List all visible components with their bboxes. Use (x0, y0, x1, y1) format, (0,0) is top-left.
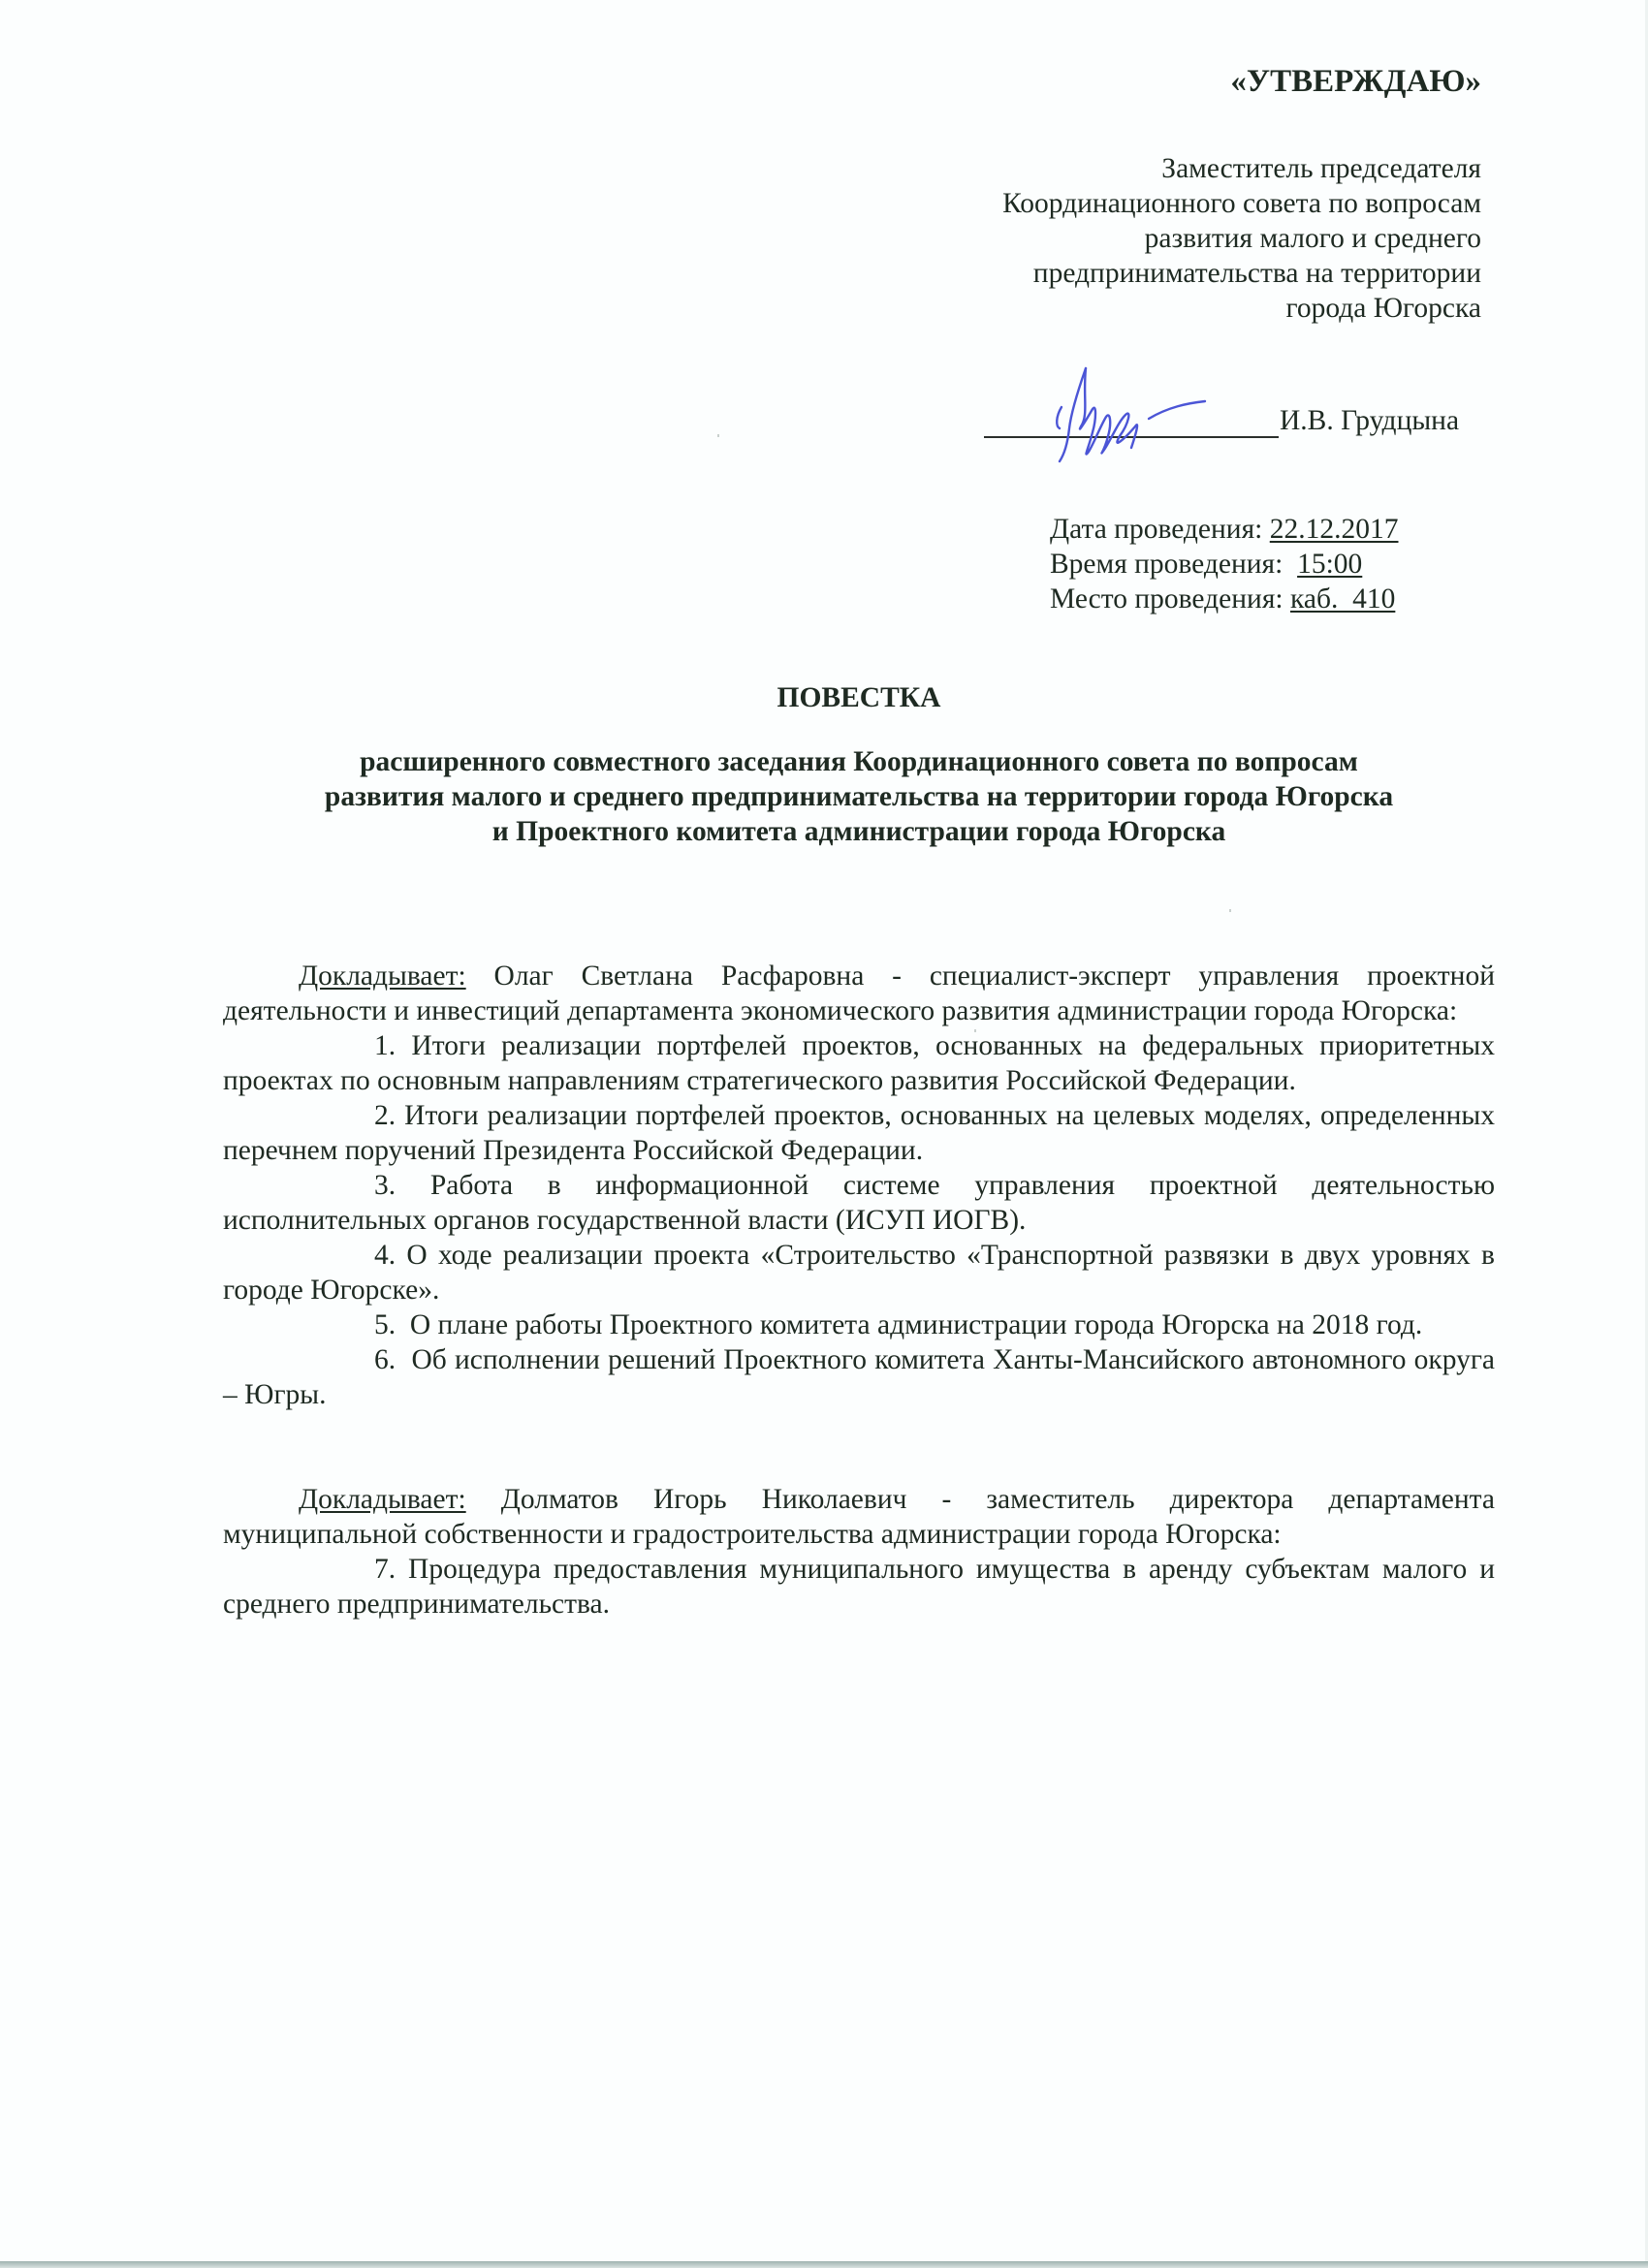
speaker-label: Докладывает: (299, 961, 466, 992)
agenda-item: 3. Работа в информационной системе управ… (223, 1168, 1495, 1238)
agenda-subtitle-line: развития малого и среднего предпринимате… (223, 779, 1495, 814)
agenda-subtitle-line: и Проектного комитета администрации горо… (223, 814, 1495, 849)
speaker-paragraph: Докладывает: Долматов Игорь Николаевич -… (223, 1482, 1495, 1552)
meeting-time-value: 15:00 (1297, 549, 1362, 580)
approver-role-line: предпринимательства на территории (1002, 256, 1481, 291)
section-spacer (223, 1412, 1495, 1482)
agenda-item-number: 7. (299, 1552, 396, 1587)
approver-role-line: развития малого и среднего (1002, 221, 1481, 256)
handwritten-signature-icon (1042, 359, 1275, 475)
meeting-info: Дата проведения: 22.12.2017 Время провед… (1050, 512, 1399, 616)
speaker-paragraph: Докладывает: Олаг Светлана Расфаровна - … (223, 959, 1495, 1028)
scan-speck (974, 1029, 976, 1032)
approver-role-line: Заместитель председателя (1002, 151, 1481, 186)
agenda-item-number: 5. (299, 1307, 396, 1342)
meeting-date-row: Дата проведения: 22.12.2017 (1050, 512, 1399, 547)
agenda-item-text: О ходе реализации проекта «Строительство… (223, 1240, 1495, 1306)
agenda-item: 1. Итоги реализации портфелей проектов, … (223, 1028, 1495, 1098)
scan-speck (717, 434, 719, 437)
agenda-item: 5. О плане работы Проектного комитета ад… (223, 1307, 1495, 1342)
approver-role-line: города Югорска (1002, 291, 1481, 326)
agenda-heading: ПОВЕСТКА расширенного совместного заседа… (223, 678, 1495, 849)
agenda-item-text: Об исполнении решений Проектного комитет… (223, 1344, 1495, 1410)
agenda-item: 6. Об исполнении решений Проектного коми… (223, 1342, 1495, 1412)
agenda-item-text: О плане работы Проектного комитета админ… (410, 1309, 1422, 1340)
agenda-body: Докладывает: Олаг Светлана Расфаровна - … (223, 959, 1495, 1622)
agenda-item: 2. Итоги реализации портфелей проектов, … (223, 1098, 1495, 1168)
agenda-item-text: Процедура предоставления муниципального … (223, 1554, 1495, 1620)
meeting-place-value: каб. 410 (1290, 583, 1395, 614)
speaker-label: Докладывает: (299, 1484, 466, 1515)
agenda-item-text: Работа в информационной системе управлен… (223, 1170, 1495, 1236)
meeting-date-label: Дата проведения: (1050, 514, 1262, 545)
agenda-item-number: 4. (299, 1238, 396, 1273)
approver-role: Заместитель председателя Координационног… (1002, 151, 1481, 326)
agenda-item-number: 1. (299, 1028, 396, 1063)
agenda-item-number: 6. (299, 1342, 396, 1377)
meeting-time-label: Время проведения: (1050, 549, 1283, 580)
agenda-item-number: 3. (299, 1168, 396, 1203)
approval-title: «УТВЕРЖДАЮ» (1002, 62, 1481, 101)
approval-block: «УТВЕРЖДАЮ» Заместитель председателя Коо… (1002, 62, 1481, 326)
agenda-item: 4. О ходе реализации проекта «Строительс… (223, 1238, 1495, 1307)
agenda-item: 7. Процедура предоставления муниципально… (223, 1552, 1495, 1622)
agenda-subtitle: расширенного совместного заседания Коорд… (223, 744, 1495, 849)
agenda-item-text: Итоги реализации портфелей проектов, осн… (223, 1100, 1495, 1166)
meeting-time-row: Время проведения: 15:00 (1050, 547, 1399, 582)
document-page: «УТВЕРЖДАЮ» Заместитель председателя Коо… (0, 0, 1648, 2262)
signatory-name: И.В. Грудцына (1280, 403, 1459, 438)
scan-edge-bottom (0, 2261, 1648, 2268)
agenda-item-text: Итоги реализации портфелей проектов, осн… (223, 1030, 1495, 1096)
approver-role-line: Координационного совета по вопросам (1002, 186, 1481, 221)
agenda-title: ПОВЕСТКА (223, 678, 1495, 717)
agenda-item-number: 2. (299, 1098, 396, 1133)
scan-speck (1229, 909, 1231, 912)
meeting-date-value: 22.12.2017 (1270, 514, 1399, 545)
agenda-subtitle-line: расширенного совместного заседания Коорд… (223, 744, 1495, 779)
meeting-place-label: Место проведения: (1050, 583, 1284, 614)
meeting-place-row: Место проведения: каб. 410 (1050, 582, 1399, 616)
